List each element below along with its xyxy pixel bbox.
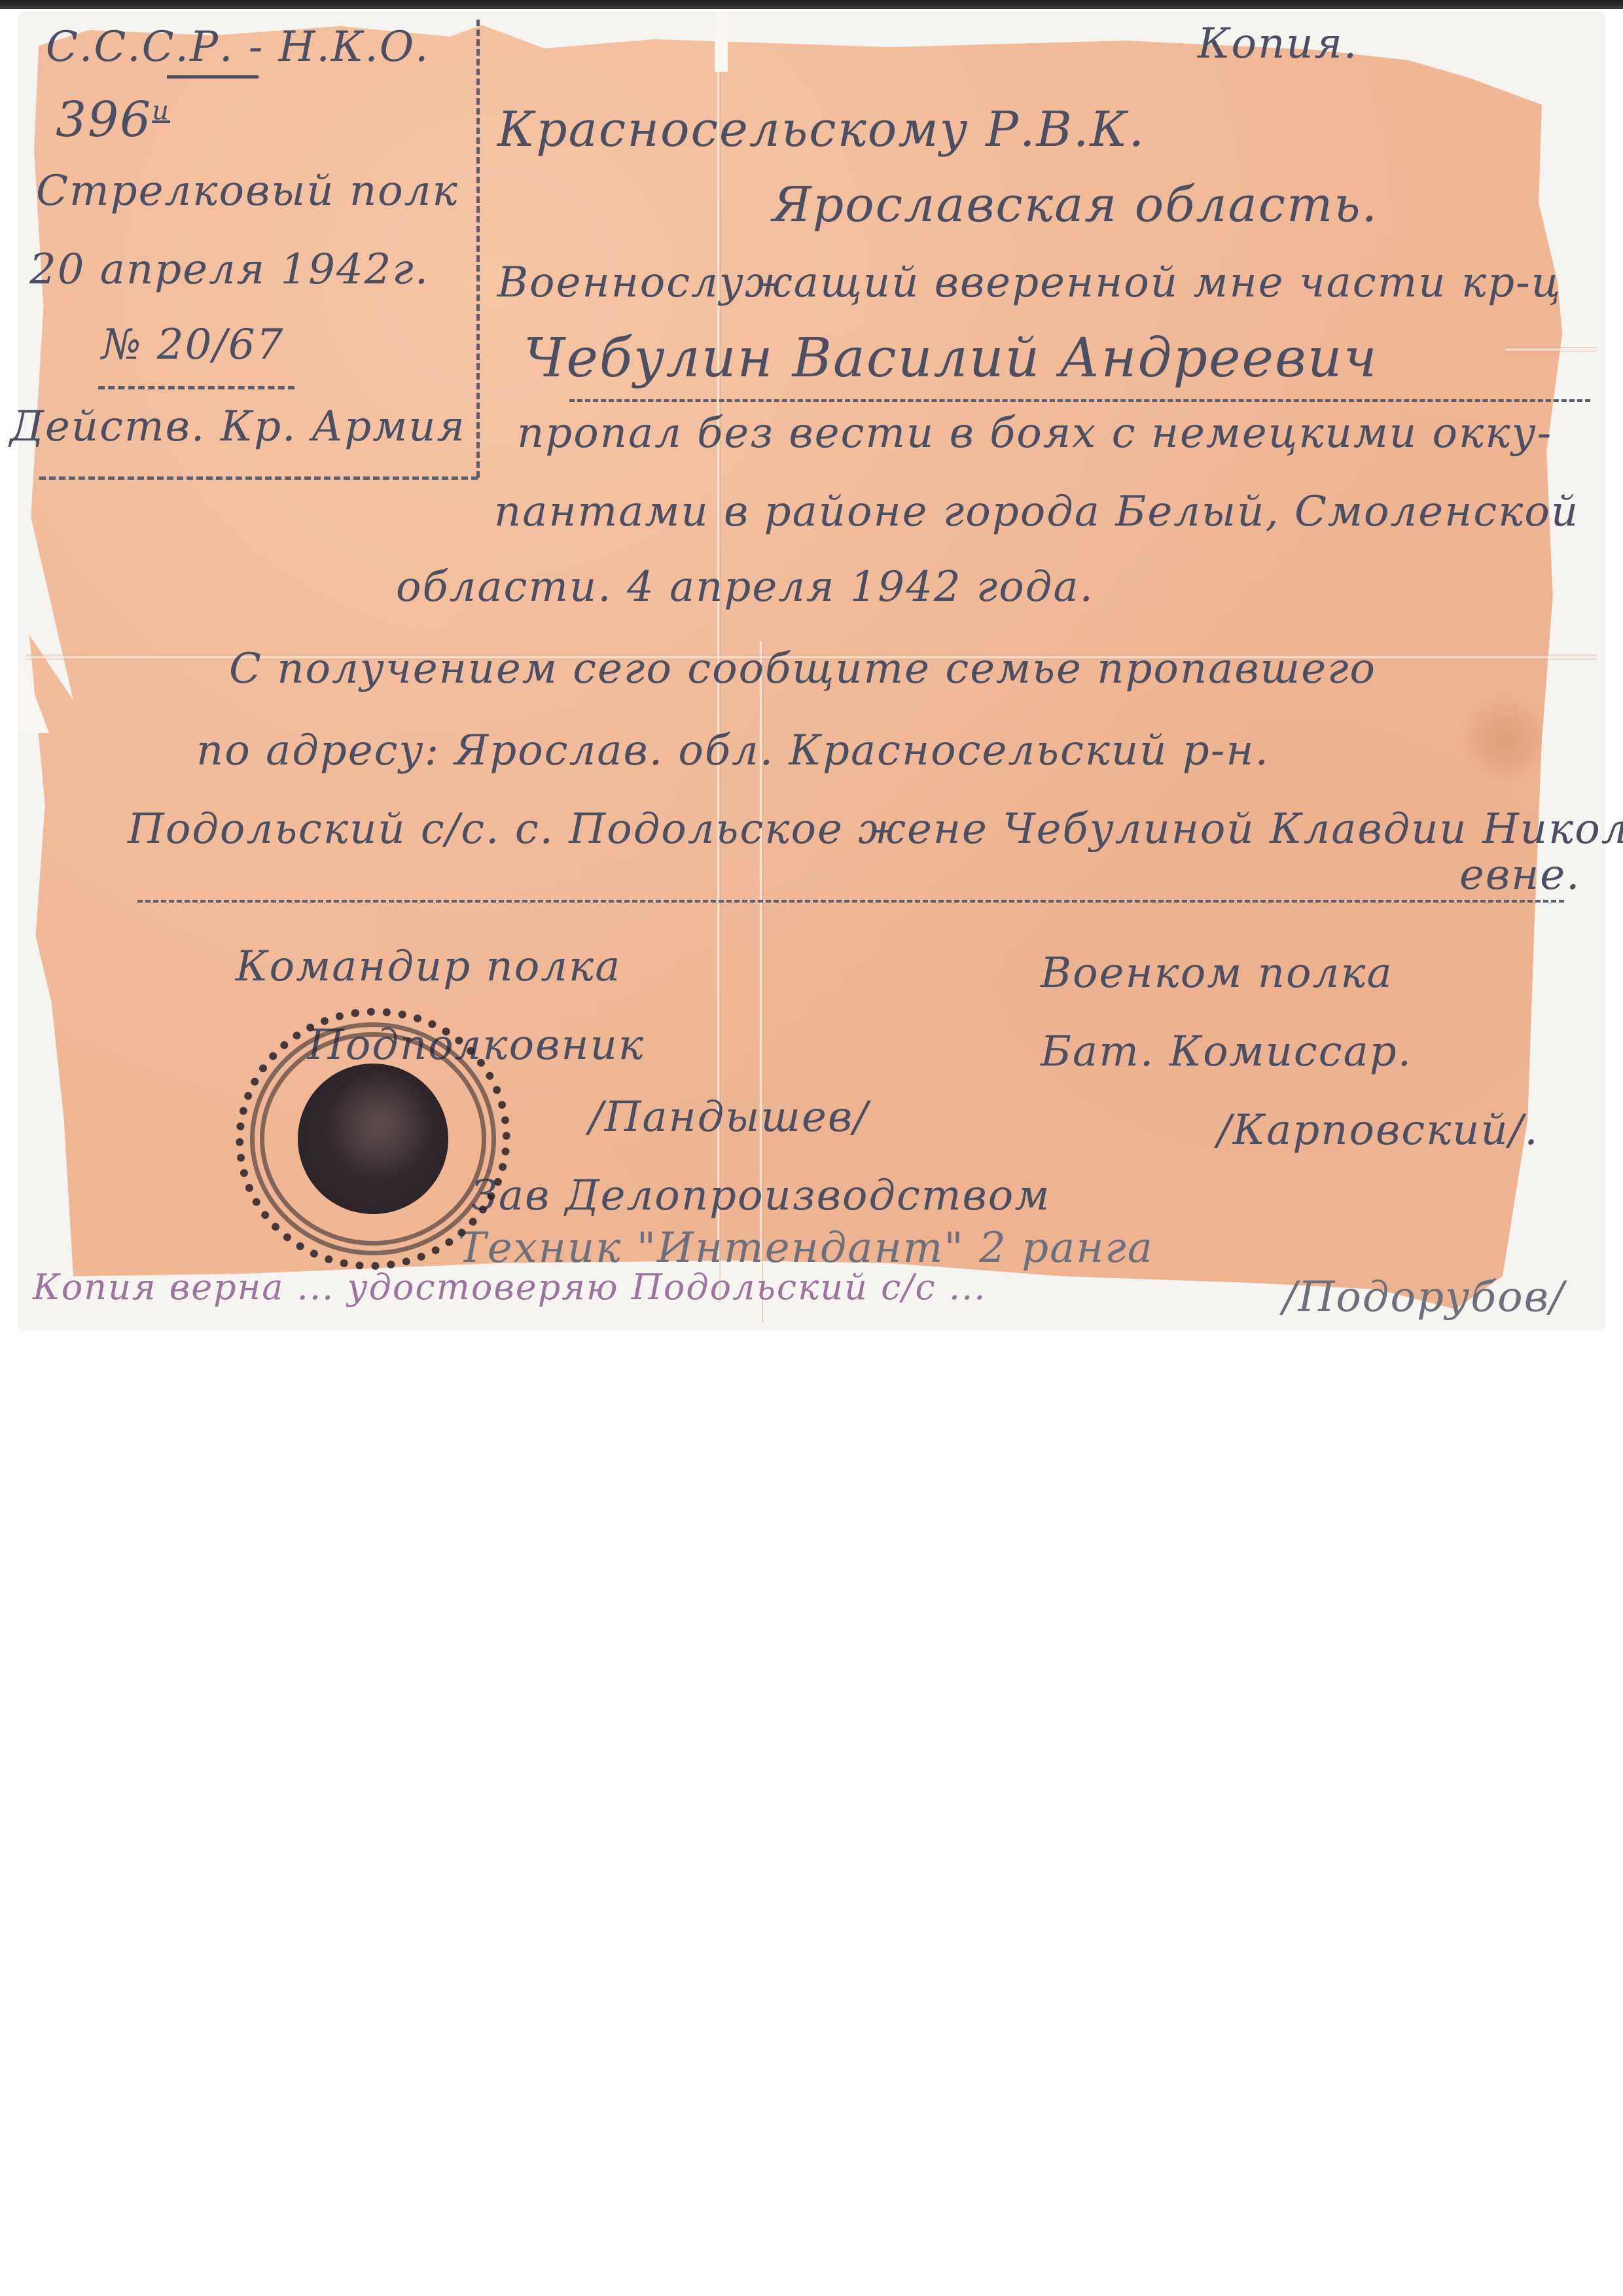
header-underline <box>167 75 259 79</box>
tear-right <box>1505 347 1597 352</box>
addressee-line2: Ярославская область. <box>772 177 1378 233</box>
clerk-name: /Подорубов/ <box>1283 1273 1565 1321</box>
body-line9: евне. <box>1459 851 1581 899</box>
army-label: Действ. Кр. Армия <box>10 403 466 451</box>
clerk-title-line1: Зав Делопроизводством <box>471 1172 1050 1220</box>
body-line4: пантами в районе города Белый, Смоленско… <box>494 488 1579 536</box>
regiment-number-value: 396 <box>56 92 152 148</box>
addressee-line1: Красносельскому Р.В.К. <box>497 101 1145 158</box>
body-line8: Подольский с/с. с. Подольское жене Чебул… <box>128 805 1623 853</box>
number-dash-line <box>98 386 294 389</box>
top-tear <box>715 13 728 72</box>
regiment-type: Стрелковый полк <box>36 167 459 215</box>
copy-mark: Копия. <box>1198 20 1358 68</box>
header-divider-vertical <box>476 20 480 478</box>
clerk-title-line2: Техник "Интендант" 2 ранга <box>458 1224 1154 1272</box>
name-dash-line <box>569 399 1590 402</box>
body-line5: области. 4 апреля 1942 года. <box>396 563 1094 611</box>
commissar-rank: Бат. Комиссар. <box>1041 1028 1412 1076</box>
document-number: № 20/67 <box>101 321 284 369</box>
body-line6: С получением сего сообщите семье пропавш… <box>229 645 1376 693</box>
body-line7: по адресу: Ярослав. обл. Красносельский … <box>196 726 1270 775</box>
header-divider-horizontal <box>39 476 478 480</box>
commander-title: Командир полка <box>236 942 621 991</box>
body-line3: пропал без вести в боях с немецкими окку… <box>517 409 1552 457</box>
stamp-text: Красносельский районный военный комиссар… <box>236 1122 510 1150</box>
commissar-name: /Карповский/. <box>1217 1106 1539 1155</box>
official-round-stamp: Красносельский районный военный комиссар… <box>236 1008 510 1270</box>
commissar-title: Военком полка <box>1041 949 1393 997</box>
document-date: 20 апреля 1942г. <box>29 245 429 294</box>
regiment-number-sup: и <box>152 96 170 126</box>
soldier-name: Чебулин Василий Андреевич <box>524 327 1378 389</box>
body-divider <box>137 900 1564 903</box>
purple-certification-note: Копия верна ... удостоверяю Подольский с… <box>33 1266 986 1308</box>
country-header: С.С.С.Р. - Н.К.О. <box>46 23 430 71</box>
commander-name: /Пандышев/ <box>589 1093 869 1141</box>
regiment-number: 396и <box>56 92 170 148</box>
body-line1: Военнослужащий вверенной мне части кр-ц <box>497 259 1561 307</box>
scanner-edge <box>0 0 1623 9</box>
